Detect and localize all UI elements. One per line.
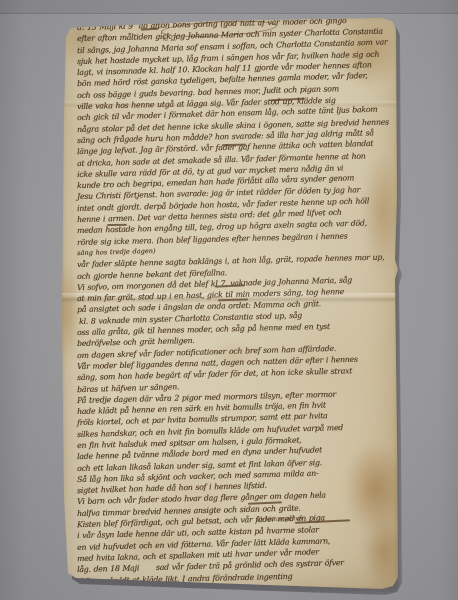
manuscript-paper: d: 13 Maji kl 9 ab afton böns göring (go…	[62, 17, 398, 590]
inserted-note-kistan: lik kistan på två	[257, 516, 302, 523]
inserted-note-kl10: kl 10	[163, 36, 177, 42]
handwriting-block: d: 13 Maji kl 9 ab afton böns göring (go…	[77, 14, 394, 590]
archival-number-note: N6 1985-71:584	[58, 439, 65, 554]
backdrop-seam	[0, 0, 458, 14]
ink-strikethrough-mark	[107, 224, 127, 226]
photo-backdrop: d: 13 Maji kl 9 ab afton böns göring (go…	[0, 0, 458, 600]
